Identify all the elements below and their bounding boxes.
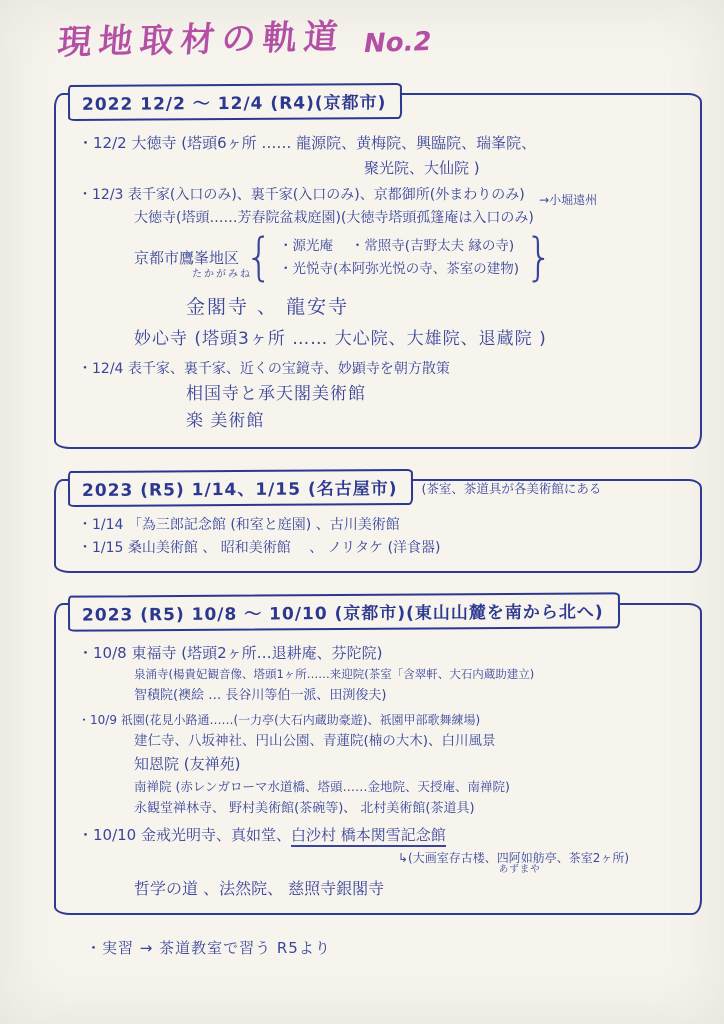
ruby-azumaya: 四阿あずまや (497, 849, 521, 867)
section-header-2023-oct: 2023 (R5) 10/8 ～ 10/10 (京都市)(東山山麓を南から北へ) (68, 592, 620, 631)
section-header-2022: 2022 12/2 ～ 12/4 (R4)(京都市) (68, 83, 403, 121)
note-line-text: ・12/3 表千家(入口のみ)、裏千家(入口のみ)、京都御所(外まわりのみ) (78, 187, 525, 203)
note-line: ・12/4 表千家、裏千家、近くの宝鏡寺、妙顕寺を朝方散策 (78, 359, 690, 380)
left-brace: { (245, 233, 273, 284)
furigana-azumaya: あずまや (499, 863, 541, 877)
arrow-note-pre: ↳(大画室存古楼、 (398, 851, 497, 865)
note-line-arrow-annotation: ↳(大画室存古楼、四阿あずまや如舫亭、茶室2ヶ所) (398, 849, 690, 867)
note-line: 泉涌寺(楊貴妃観音像、塔頭1ヶ所……来迎院(茶室「含翠軒、大石内蔵助建立) (134, 666, 690, 683)
note-line: ・12/3 表千家(入口のみ)、裏千家(入口のみ)、京都御所(外まわりのみ) →… (78, 185, 690, 206)
note-line: 哲学の道 、法然院、 慈照寺銀閣寺 (134, 877, 690, 901)
note-line: 知恩院 (友禅苑) (134, 753, 690, 776)
takagamine-items: ・源光庵 ・常照寺(吉野太夫 縁の寺) ・光悦寺(本阿弥光悦の寺、茶室の建物) (279, 235, 519, 281)
note-line: 智積院(襖絵 … 長谷川等伯一派、田渕俊夫) (134, 686, 690, 706)
note-line: ・12/2 大徳寺 (塔頭6ヶ所 …… 龍源院、黄梅院、興臨院、瑞峯院、 (78, 132, 690, 155)
note-line: ・1/15 桑山美術館 、 昭和美術館 、 ノリタケ (洋食器) (78, 538, 690, 559)
scanned-note-page: 現地取材の軌道 No.2 2022 12/2 ～ 12/4 (R4)(京都市) … (0, 0, 724, 1024)
note-line: ・10/8 東福寺 (塔頭2ヶ所…退耕庵、芬陀院) (78, 642, 690, 665)
margin-note-kobori-enshu: →小堀遠州 (539, 193, 597, 207)
section-2023-nagoya: 2023 (R5) 1/14、1/15 (名古屋市) (茶室、茶道具が各美術館に… (54, 479, 702, 573)
note-line: ・源光庵 ・常照寺(吉野太夫 縁の寺) (279, 235, 519, 258)
note-line: 楽 美術館 (186, 409, 690, 435)
section-header-2023-jan: 2023 (R5) 1/14、1/15 (名古屋市) (68, 469, 414, 507)
section-header-row: 2023 (R5) 1/14、1/15 (名古屋市) (茶室、茶道具が各美術館に… (68, 487, 690, 513)
side-note-tea-rooms: (茶室、茶道具が各美術館にある (421, 479, 601, 497)
furigana-takagamine: たかがみね (192, 265, 252, 280)
note-line: 建仁寺、八坂神社、円山公園、青蓮院(楠の大木)、白川風景 (134, 731, 690, 751)
note-line: 相国寺と承天閣美術館 (186, 382, 690, 408)
note-line: ・光悦寺(本阿弥光悦の寺、茶室の建物) (279, 258, 519, 281)
title-row: 現地取材の軌道 No.2 (0, 0, 724, 63)
note-line-oct10: ・10/10 金戒光明寺、真如堂、白沙村 橋本関雪記念館 (78, 824, 690, 847)
note-line: 妙心寺 (塔頭3ヶ所 …… 大心院、大雄院、退蔵院 ) (134, 327, 690, 353)
footer-note: ・実習 → 茶道教室で習う R5より (86, 937, 724, 958)
oct10-prefix: ・10/10 金戒光明寺、真如堂、 (78, 826, 291, 844)
note-line: 聚光院、大仙院 ) (364, 157, 690, 180)
section-2023-kyoto-higashiyama: 2023 (R5) 10/8 ～ 10/10 (京都市)(東山山麓を南から北へ)… (54, 603, 702, 915)
page-title-number: No.2 (364, 27, 433, 59)
section-2022-kyoto: 2022 12/2 ～ 12/4 (R4)(京都市) ・12/2 大徳寺 (塔頭… (54, 93, 702, 449)
oct10-underlined-hashimoto-kansetsu: 白沙村 橋本関雪記念館 (291, 826, 446, 847)
takagamine-label: 京都市鷹峯地区 たかがみね (134, 247, 239, 268)
note-line: ・1/14 「為三郎記念館 (和室と庭園) 、古川美術館 (78, 515, 690, 536)
page-title: 現地取材の軌道 (56, 9, 347, 64)
takagamine-group: 京都市鷹峯地区 たかがみね { ・源光庵 ・常照寺(吉野太夫 縁の寺) ・光悦寺… (134, 235, 690, 281)
note-line: 金閣寺 、 龍安寺 (186, 293, 690, 322)
note-line: 南禅院 (赤レンガローマ水道橋、塔頭……金地院、天授庵、南禅院) (134, 778, 690, 797)
right-brace: } (525, 233, 553, 284)
note-line: 永観堂禅林寺、 野村美術館(茶碗等)、 北村美術館(茶道具) (134, 799, 690, 819)
note-line: 大徳寺(塔頭……芳春院盆栽庭園)(大徳寺塔頭孤篷庵は入口のみ) (134, 208, 690, 229)
note-line: ・10/9 祇園(花見小路通……(一力亭(大石内蔵助豪遊)、祇園甲部歌舞練場) (78, 711, 690, 729)
